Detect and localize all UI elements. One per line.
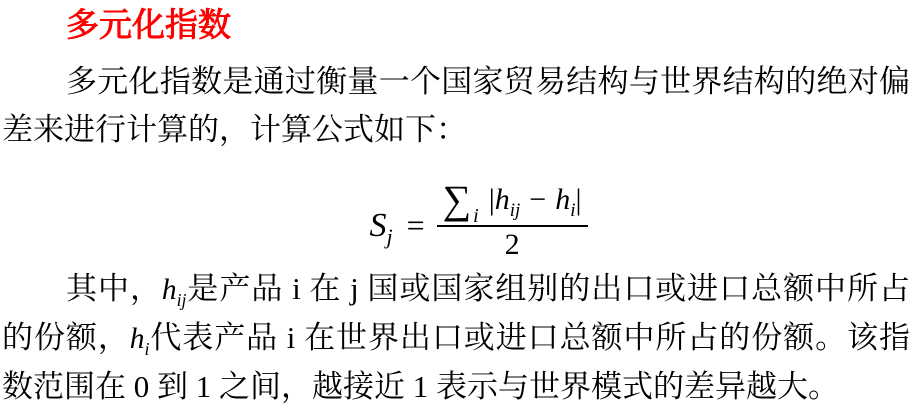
paragraph-explanation: 其中，hij是产品 i 在 j 国或国家组别的出口或进口总额中所占的份额，hi代…: [2, 265, 910, 411]
formula-numerator: ∑ i |hij−hi|: [437, 178, 588, 225]
formula-diversification-index: Sj = ∑ i |hij−hi| 2: [2, 178, 910, 261]
paragraph-definition-text: 多元化指数是通过衡量一个国家贸易结构与世界结构的绝对偏差来进行计算的，计算公式如…: [2, 64, 910, 147]
explanation-seg1: 其中，: [66, 271, 162, 306]
math-var-h-i: hi: [130, 323, 150, 355]
formula-denominator: 2: [437, 225, 588, 261]
equals-sign: =: [407, 207, 425, 244]
absolute-difference-expression: |hij−hi|: [489, 183, 582, 217]
math-var-h-ij: hij: [162, 274, 187, 306]
paragraph-definition: 多元化指数是通过衡量一个国家贸易结构与世界结构的绝对偏差来进行计算的，计算公式如…: [2, 58, 910, 154]
summation-sigma-symbol: ∑: [443, 178, 472, 222]
formula-lhs: Sj: [369, 207, 392, 245]
section-heading: 多元化指数: [66, 8, 910, 44]
formula-fraction: ∑ i |hij−hi| 2: [437, 178, 588, 261]
